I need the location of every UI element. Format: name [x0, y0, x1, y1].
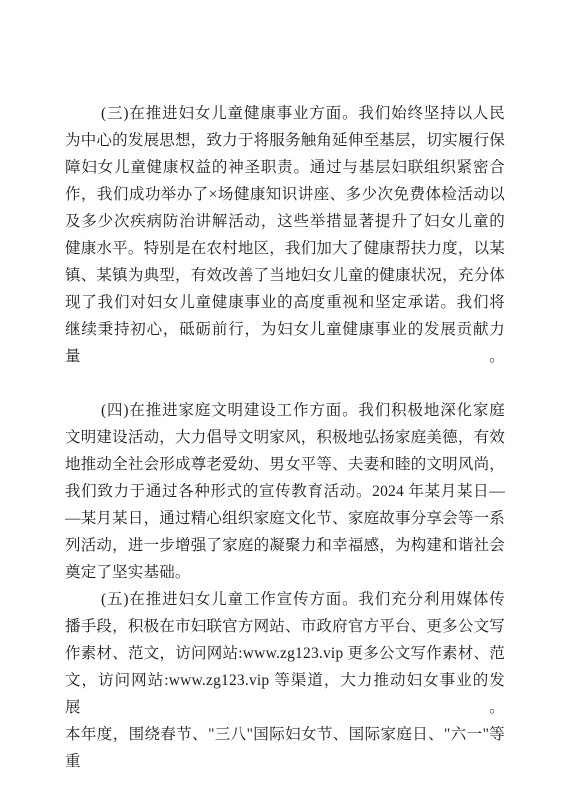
text-line: 为中心的发展思想，致力于将服务触角延伸至基层，切实履行保: [65, 127, 505, 154]
text-line: —某月某日，通过精心组织家庭文化节、家庭故事分享会等一系: [65, 505, 505, 532]
text-line: 现了我们对妇女儿童健康事业的高度重视和坚定承诺。我们将: [65, 289, 505, 316]
text-line: (五)在推进妇女儿童工作宣传方面。我们充分利用媒体传: [65, 586, 505, 613]
text-line: (三)在推进妇女儿童健康事业方面。我们始终坚持以人民: [65, 100, 505, 127]
document-body: (三)在推进妇女儿童健康事业方面。我们始终坚持以人民 为中心的发展思想，致力于将…: [65, 100, 505, 775]
text-line: 文，访问网站:www.zg123.vip 等渠道，大力推动妇女事业的发展。: [65, 667, 505, 721]
text-line: (四)在推进家庭文明建设工作方面。我们积极地深化家庭: [65, 397, 505, 424]
text-line: 及多少次疾病防治讲解活动，这些举措显著提升了妇女儿童的: [65, 208, 505, 235]
text-line: 镇、某镇为典型，有效改善了当地妇女儿童的健康状况，充分体: [65, 262, 505, 289]
text-line: 障妇女儿童健康权益的神圣职责。通过与基层妇联组织紧密合: [65, 154, 505, 181]
paragraph-family-section: (四)在推进家庭文明建设工作方面。我们积极地深化家庭 文明建设活动，大力倡导文明…: [65, 397, 505, 586]
text-line: 健康水平。特别是在农村地区，我们加大了健康帮扶力度，以某: [65, 235, 505, 262]
text-line: 文明建设活动，大力倡导文明家风，积极地弘扬家庭美德，有效: [65, 424, 505, 451]
text-line: 我们致力于通过各种形式的宣传教育活动。2024 年某月某日—: [65, 478, 505, 505]
text-line: 播手段，积极在市妇联官方网站、市政府官方平台、更多公文写: [65, 613, 505, 640]
text-line: 本年度，围绕春节、"三八"国际妇女节、国际家庭日、"六一"等重: [65, 721, 505, 775]
text-line: 继续秉持初心，砥砺前行，为妇女儿童健康事业的发展贡献力量。: [65, 316, 505, 370]
document-page: (三)在推进妇女儿童健康事业方面。我们始终坚持以人民 为中心的发展思想，致力于将…: [0, 0, 570, 807]
paragraph-health-section: (三)在推进妇女儿童健康事业方面。我们始终坚持以人民 为中心的发展思想，致力于将…: [65, 100, 505, 370]
text-line: 作，我们成功举办了×场健康知识讲座、多少次免费体检活动以: [65, 181, 505, 208]
text-line: 奠定了坚实基础。: [65, 559, 505, 586]
text-line: 作素材、范文，访问网站:www.zg123.vip 更多公文写作素材、范: [65, 640, 505, 667]
text-line: 列活动，进一步增强了家庭的凝聚力和幸福感，为构建和谐社会: [65, 532, 505, 559]
paragraph-publicity-section: (五)在推进妇女儿童工作宣传方面。我们充分利用媒体传 播手段，积极在市妇联官方网…: [65, 586, 505, 775]
text-line: 地推动全社会形成尊老爱幼、男女平等、夫妻和睦的文明风尚，: [65, 451, 505, 478]
